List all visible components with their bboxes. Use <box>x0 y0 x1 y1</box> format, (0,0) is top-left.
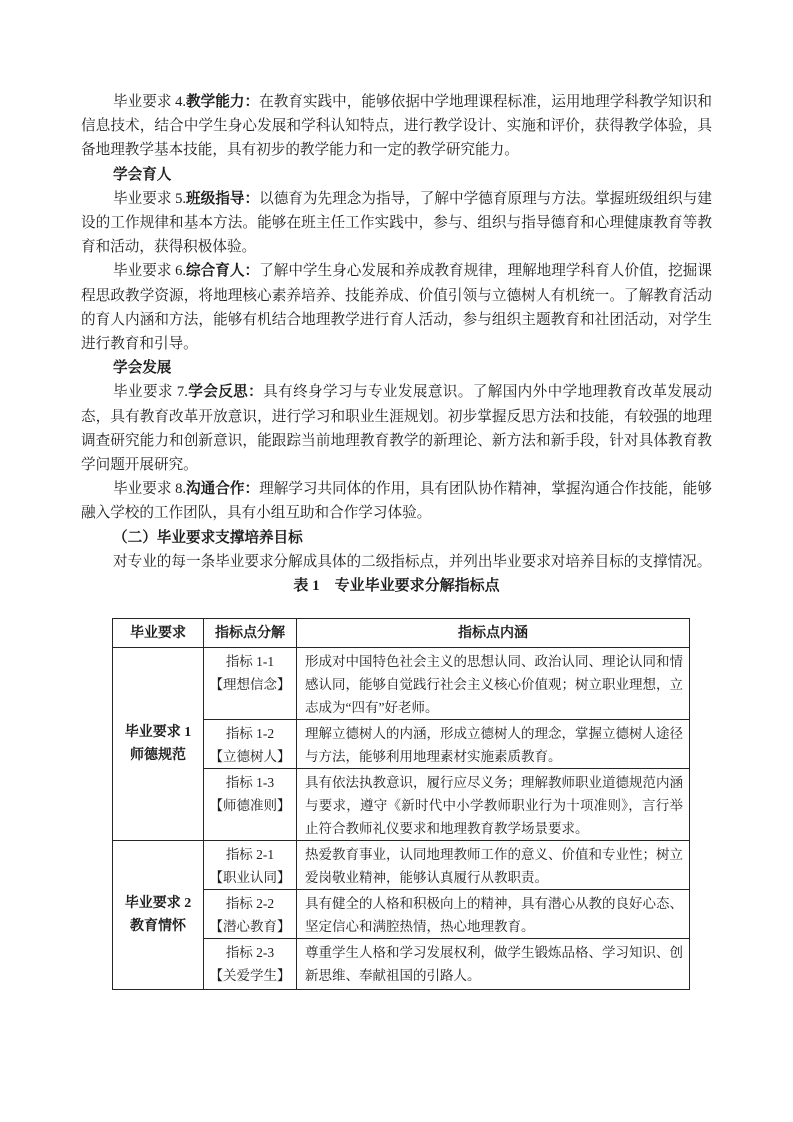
paragraph-grad-req-5: 毕业要求 5.班级指导：以德育为先理念为指导，了解中学德育原理与方法。掌握班级组… <box>81 187 712 260</box>
cell-indicator-2-3: 指标 2-3 【关爱学生】 <box>204 939 297 990</box>
paragraph-grad-req-4: 毕业要求 4.教学能力：在教育实践中，能够依据中学地理课程标准，运用地理学科教学… <box>81 90 712 163</box>
page-body: 毕业要求 4.教学能力：在教育实践中，能够依据中学地理课程标准，运用地理学科教学… <box>81 90 712 990</box>
req7-prefix: 毕业要求 7. <box>113 384 188 400</box>
req7-term: 学会反思： <box>188 384 263 400</box>
table-row-2-1: 毕业要求 2 教育情怀 指标 2-1 【职业认同】 热爱教育事业，认同地理教师工… <box>113 841 690 890</box>
cell-indicator-1-3: 指标 1-3 【师德准则】 <box>204 769 297 841</box>
cell-indicator-2-1: 指标 2-1 【职业认同】 <box>204 841 297 890</box>
indicator-2-3-name: 【关爱学生】 <box>206 964 294 987</box>
indicator-1-1-name: 【理想信念】 <box>206 673 294 696</box>
cell-content-2-3: 尊重学生人格和学习发展权利，做学生锻炼品格、学习知识、创新思维、奉献祖国的引路人… <box>297 939 690 990</box>
indicator-1-3-name: 【师德准则】 <box>206 794 294 817</box>
indicator-1-1-no: 指标 1-1 <box>206 650 294 673</box>
heading-section-2: （二）毕业要求支撑培养目标 <box>81 526 712 550</box>
cell-content-2-2: 具有健全的人格和积极向上的精神，具有潜心从教的良好心态、坚定信心和满腔热情，热心… <box>297 890 690 939</box>
cell-indicator-1-2: 指标 1-2 【立德树人】 <box>204 720 297 769</box>
indicator-2-2-no: 指标 2-2 <box>206 892 294 915</box>
req8-term: 沟通合作： <box>186 481 259 497</box>
cell-content-1-2: 理解立德树人的内涵，形成立德树人的理念，掌握立德树人途径与方法，能够利用地理素材… <box>297 720 690 769</box>
indicator-2-1-name: 【职业认同】 <box>206 866 294 889</box>
indicator-1-2-no: 指标 1-2 <box>206 722 294 745</box>
grad-req-1-line1: 毕业要求 1 <box>115 721 201 744</box>
grad-req-2-line2: 教育情怀 <box>115 915 201 938</box>
cell-indicator-2-2: 指标 2-2 【潜心教育】 <box>204 890 297 939</box>
col-header-indicator-breakdown: 指标点分解 <box>204 619 297 648</box>
req5-term: 班级指导： <box>186 191 259 207</box>
indicator-2-3-no: 指标 2-3 <box>206 941 294 964</box>
req8-prefix: 毕业要求 8. <box>113 481 186 497</box>
heading-learn-to-develop: 学会发展 <box>81 356 712 380</box>
req6-prefix: 毕业要求 6. <box>113 263 186 279</box>
table-header-row: 毕业要求 指标点分解 指标点内涵 <box>113 619 690 648</box>
paragraph-grad-req-7: 毕业要求 7.学会反思：具有终身学习与专业发展意识。了解国内外中学地理教育改革发… <box>81 380 712 477</box>
col-header-graduation-requirement: 毕业要求 <box>113 619 204 648</box>
req6-term: 综合育人： <box>186 263 259 279</box>
cell-grad-req-1: 毕业要求 1 师德规范 <box>113 648 204 841</box>
indicator-1-3-no: 指标 1-3 <box>206 771 294 794</box>
document-page: { "flow": { "req4": { "prefix": "毕业要求 4.… <box>0 0 793 1122</box>
grad-req-1-line2: 师德规范 <box>115 744 201 767</box>
cell-content-1-1: 形成对中国特色社会主义的思想认同、政治认同、理论认同和情感认同，能够自觉践行社会… <box>297 648 690 720</box>
table-caption: 表 1 专业毕业要求分解指标点 <box>81 574 712 598</box>
cell-grad-req-2: 毕业要求 2 教育情怀 <box>113 841 204 990</box>
req4-term: 教学能力： <box>186 94 259 110</box>
col-header-indicator-content: 指标点内涵 <box>297 619 690 648</box>
indicator-table: 毕业要求 指标点分解 指标点内涵 毕业要求 1 师德规范 指标 1-1 【理想信… <box>112 618 690 990</box>
cell-indicator-1-1: 指标 1-1 【理想信念】 <box>204 648 297 720</box>
heading-learn-to-nurture: 学会育人 <box>81 163 712 187</box>
indicator-2-2-name: 【潜心教育】 <box>206 915 294 938</box>
grad-req-2-line1: 毕业要求 2 <box>115 892 201 915</box>
req5-prefix: 毕业要求 5. <box>113 191 186 207</box>
cell-content-2-1: 热爱教育事业，认同地理教师工作的意义、价值和专业性；树立爱岗敬业精神，能够认真履… <box>297 841 690 890</box>
indicator-2-1-no: 指标 2-1 <box>206 843 294 866</box>
req4-prefix: 毕业要求 4. <box>113 94 186 110</box>
indicator-1-2-name: 【立德树人】 <box>206 745 294 768</box>
paragraph-section-intro: 对专业的每一条毕业要求分解成具体的二级指标点，并列出毕业要求对培养目标的支撑情况… <box>81 550 712 574</box>
paragraph-grad-req-8: 毕业要求 8.沟通合作：理解学习共同体的作用，具有团队协作精神，掌握沟通合作技能… <box>81 477 712 525</box>
paragraph-grad-req-6: 毕业要求 6.综合育人：了解中学生身心发展和养成教育规律，理解地理学科育人价值，… <box>81 259 712 356</box>
cell-content-1-3: 具有依法执教意识，履行应尽义务；理解教师职业道德规范内涵与要求，遵守《新时代中小… <box>297 769 690 841</box>
table-row-1-1: 毕业要求 1 师德规范 指标 1-1 【理想信念】 形成对中国特色社会主义的思想… <box>113 648 690 720</box>
